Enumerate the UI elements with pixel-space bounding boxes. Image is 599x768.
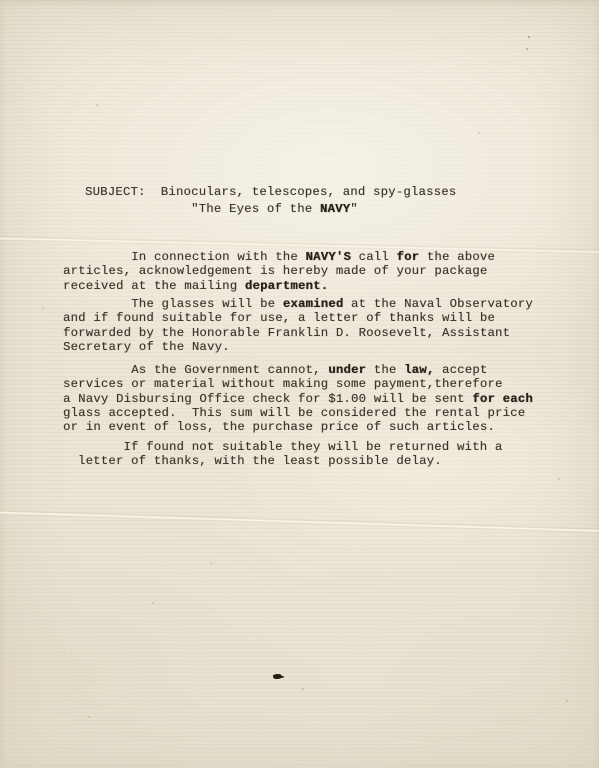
typed-line: services or material without making some… xyxy=(63,377,533,391)
typed-line: and if found suitable for use, a letter … xyxy=(63,311,533,325)
typed-line: glass accepted. This sum will be conside… xyxy=(63,406,533,420)
paragraph-acknowledgement: In connection with the NAVY'S call for t… xyxy=(63,250,495,293)
typed-line: "The Eyes of the NAVY" xyxy=(85,201,456,218)
typed-line: received at the mailing department. xyxy=(63,279,495,293)
typed-line: letter of thanks, with the least possibl… xyxy=(78,454,502,468)
typed-line: a Navy Disbursing Office check for $1.00… xyxy=(63,392,533,406)
typed-line: In connection with the NAVY'S call for t… xyxy=(63,250,495,264)
typed-line: SUBJECT: Binoculars, telescopes, and spy… xyxy=(85,184,456,201)
paragraph-examination: The glasses will be examined at the Nava… xyxy=(63,297,533,354)
typed-line: forwarded by the Honorable Franklin D. R… xyxy=(63,326,533,340)
typed-line: The glasses will be examined at the Nava… xyxy=(63,297,533,311)
fold-crease-lower xyxy=(0,509,599,535)
subject-block: SUBJECT: Binoculars, telescopes, and spy… xyxy=(85,184,456,218)
paragraph-return: If found not suitable they will be retur… xyxy=(78,440,502,469)
typed-line: If found not suitable they will be retur… xyxy=(78,440,502,454)
typed-line: As the Government cannot, under the law,… xyxy=(63,363,533,377)
typed-line: or in event of loss, the purchase price … xyxy=(63,420,533,434)
paper-speckles xyxy=(0,0,2,2)
scanned-letter-page: SUBJECT: Binoculars, telescopes, and spy… xyxy=(0,0,599,768)
typed-line: articles, acknowledgement is hereby made… xyxy=(63,264,495,278)
typed-line: Secretary of the Navy. xyxy=(63,340,533,354)
paragraph-payment: As the Government cannot, under the law,… xyxy=(63,363,533,434)
ink-blot xyxy=(273,673,283,679)
